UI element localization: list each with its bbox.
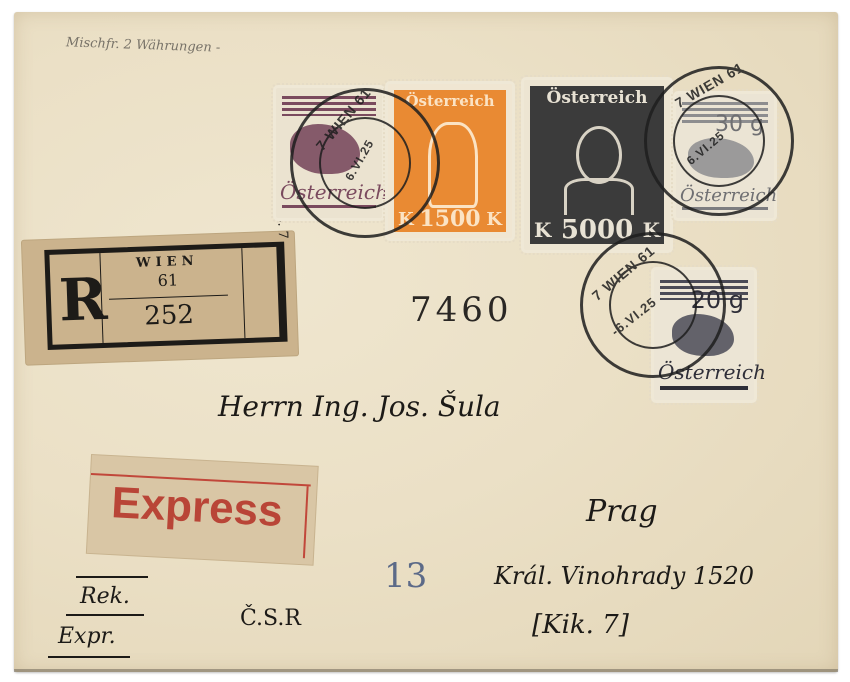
note-underline <box>66 614 144 616</box>
ornament-icon <box>564 178 634 215</box>
stamp-field: Österreich K 5000 K <box>530 86 664 244</box>
registration-frame: R WIEN 61 252 P.B. 7 <box>44 242 287 350</box>
stamp-rule <box>660 386 748 390</box>
red-rule <box>303 486 309 558</box>
postmark: 7 WIEN 61 6.VI.25 <box>290 88 440 238</box>
stamp-currency: K <box>486 209 502 230</box>
divider <box>241 248 245 338</box>
recipient-name: Herrn Ing. Jos. Šula <box>218 390 501 423</box>
service-note-registered: Rek. <box>80 584 130 609</box>
woman-head-icon <box>576 126 622 184</box>
recipient-city: Prag <box>586 494 658 529</box>
registration-office-number: 61 <box>108 269 228 292</box>
recipient-district: [Kik. 7] <box>532 610 629 640</box>
stamp-currency: K <box>534 218 551 242</box>
blue-pencil-number: 13 <box>384 556 427 596</box>
registration-number: 252 <box>109 299 229 333</box>
box-number: 7460 <box>410 290 513 330</box>
recipient-country: Č.S.R <box>240 606 301 631</box>
express-label: Express <box>87 455 318 565</box>
express-text: Express <box>110 478 284 537</box>
stamp-country: Österreich <box>530 88 664 108</box>
recipient-street: Král. Vinohrady 1520 <box>494 562 754 590</box>
registration-label: R WIEN 61 252 P.B. 7 <box>22 231 298 364</box>
postmark: 7 WIEN 61 -6.VI.25 <box>580 232 726 378</box>
note-underline <box>48 656 130 658</box>
stamp-value: 1500 <box>419 206 480 232</box>
service-note-express: Expr. <box>58 624 116 649</box>
note-underline <box>76 576 148 578</box>
postmark: 7 WIEN 61 6.VI.25 <box>644 66 794 216</box>
